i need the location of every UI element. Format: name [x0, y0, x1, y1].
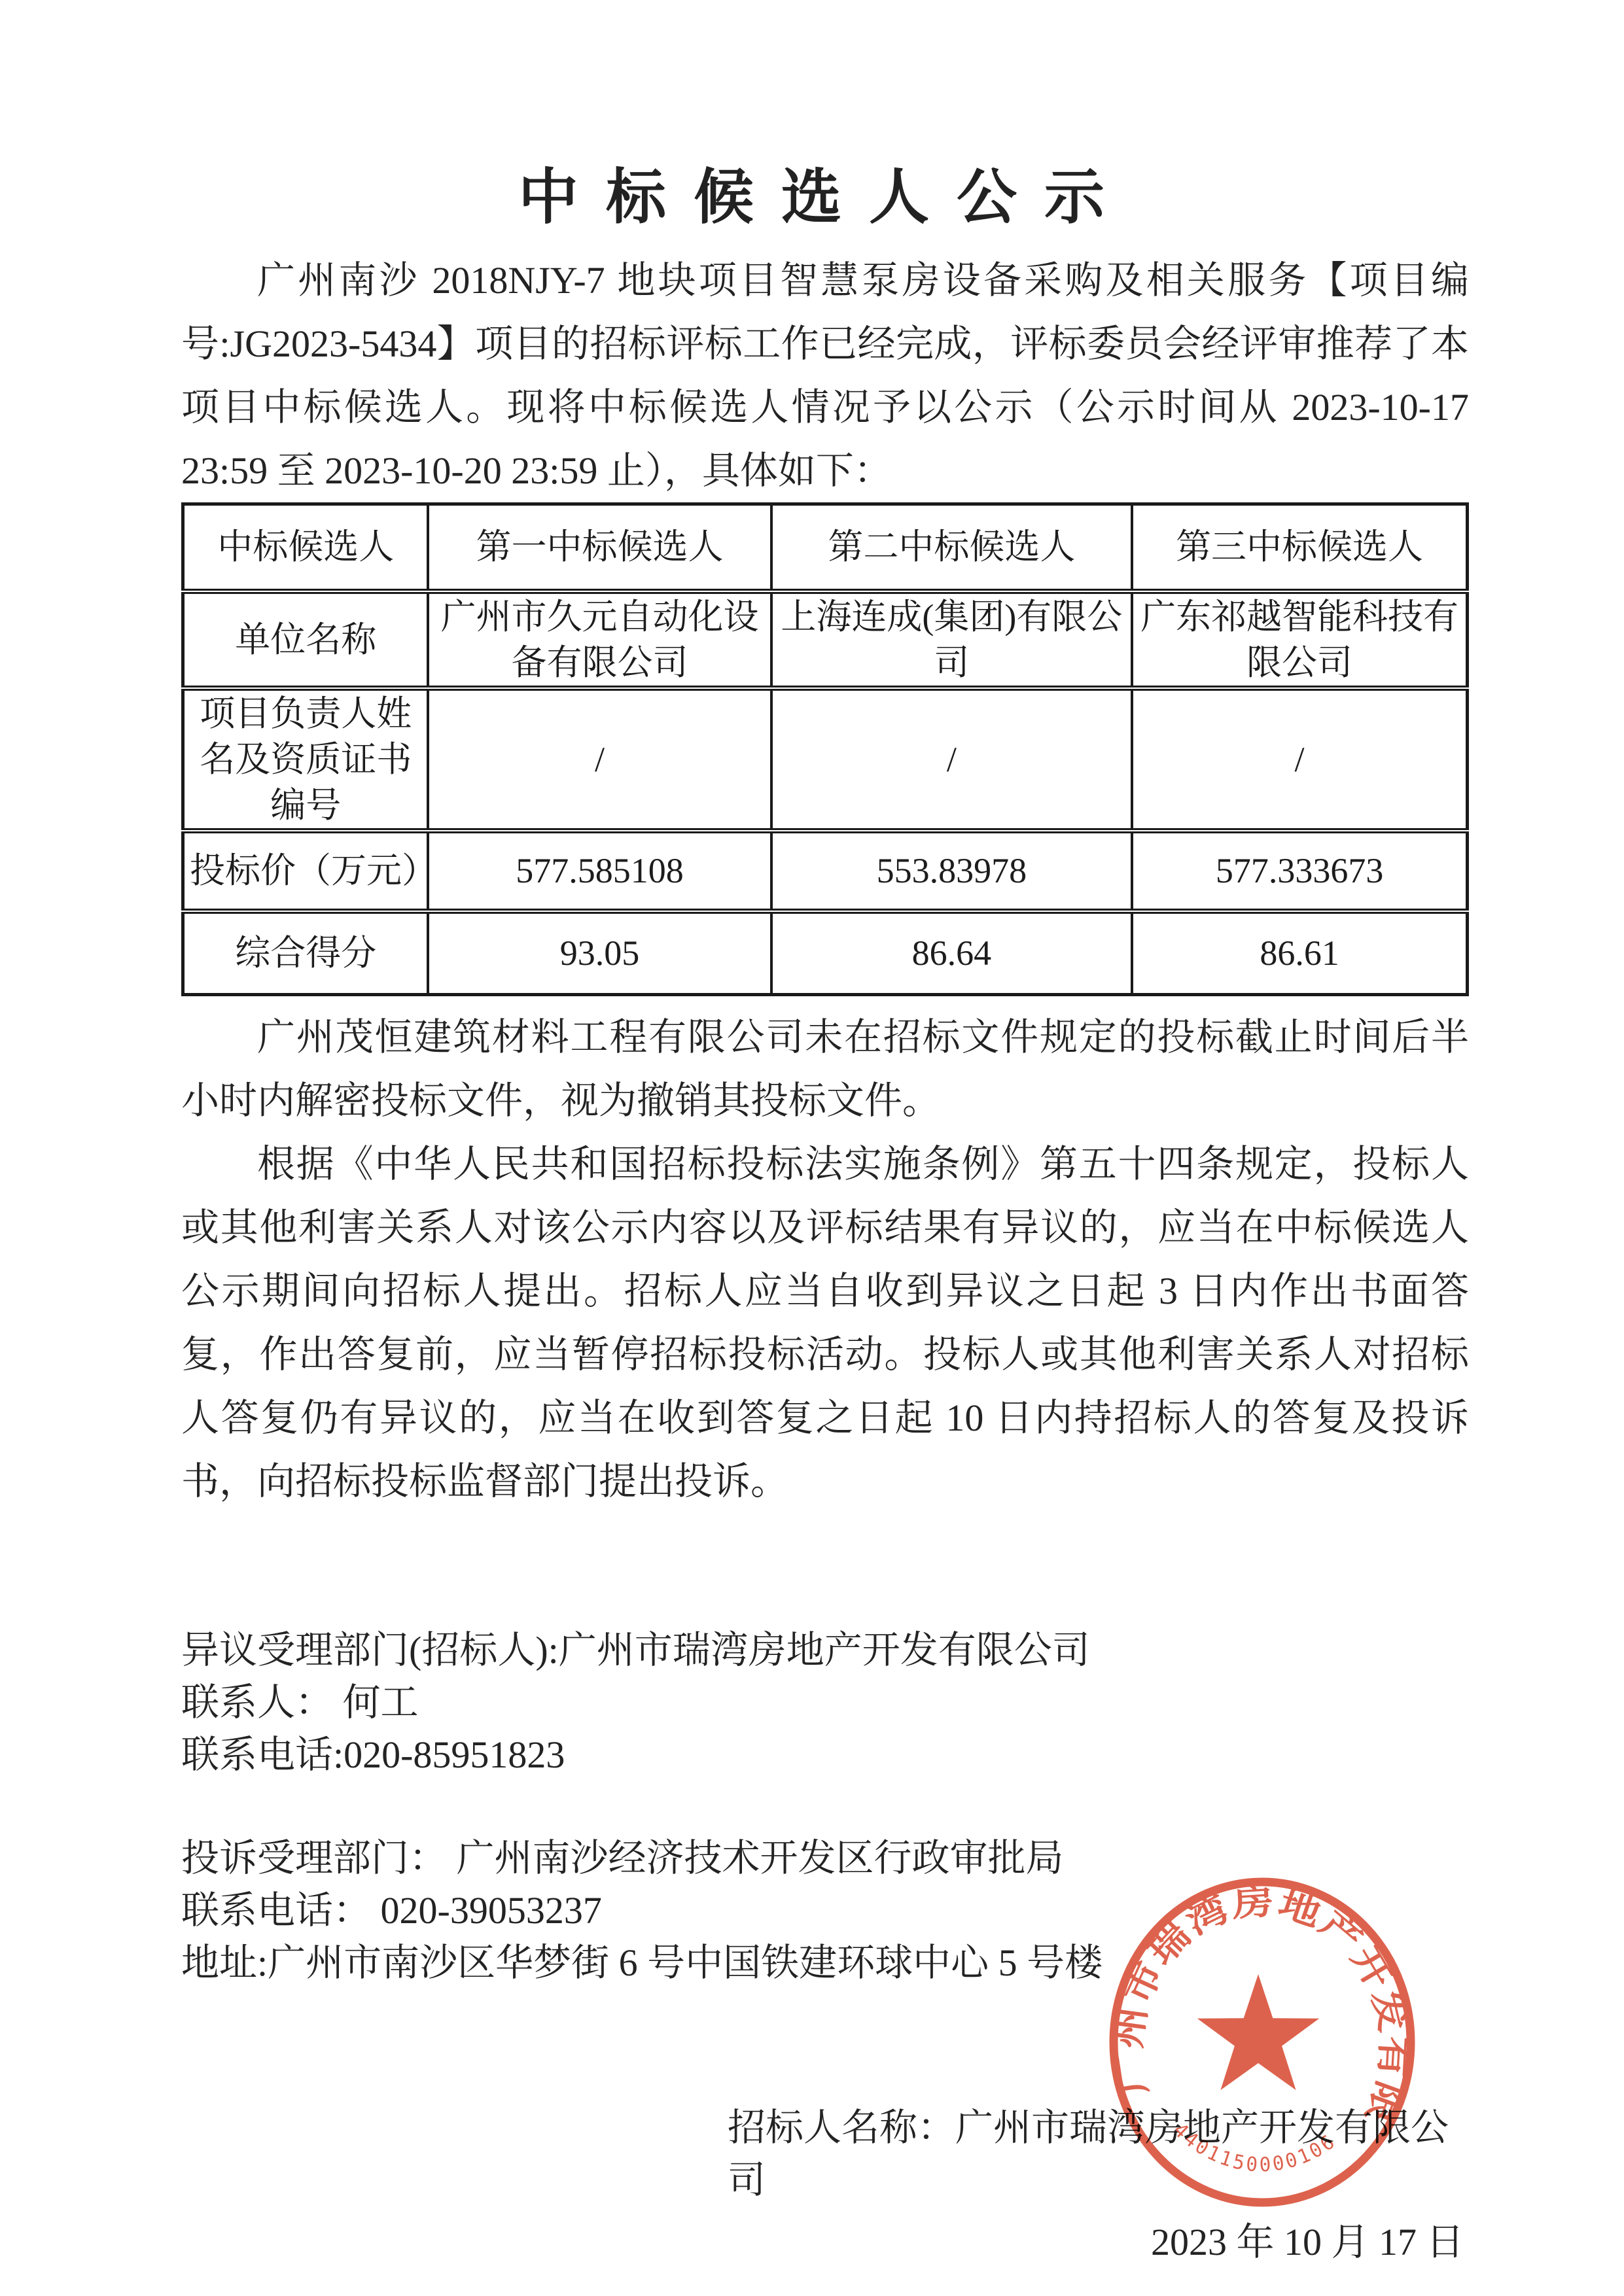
objection-dept-line: 异议受理部门(招标人):广州市瑞湾房地产开发有限公司: [181, 1624, 1469, 1677]
table-header-row: 中标候选人 第一中标候选人 第二中标候选人 第三中标候选人: [183, 504, 1468, 591]
row-label-cell: 投标价（万元）: [183, 831, 429, 911]
table-row: 投标价（万元） 577.585108 553.83978 577.333673: [183, 831, 1468, 911]
regulation-paragraph: 根据《中华人民共和国招标投标法实施条例》第五十四条规定，投标人或其他利害关系人对…: [181, 1132, 1469, 1513]
table-header-cell: 中标候选人: [183, 504, 429, 591]
table-cell: 577.585108: [428, 831, 771, 911]
table-cell: 553.83978: [771, 831, 1133, 911]
table-row: 综合得分 93.05 86.64 86.61: [183, 911, 1468, 995]
doc-title: 中标候选人公示: [181, 0, 1469, 233]
row-label-cell: 项目负责人姓名及资质证书编号: [183, 688, 429, 831]
table-cell: /: [1132, 688, 1467, 831]
table-row: 项目负责人姓名及资质证书编号 / / /: [183, 688, 1468, 831]
intro-paragraph: 广州南沙 2018NJY-7 地块项目智慧泵房设备采购及相关服务【项目编号:JG…: [181, 249, 1469, 502]
table-cell: 上海连成(集团)有限公司: [771, 591, 1133, 688]
note-paragraph: 广州茂恒建筑材料工程有限公司未在招标文件规定的投标截止时间后半小时内解密投标文件…: [181, 1005, 1469, 1132]
table-header-cell: 第二中标候选人: [771, 504, 1133, 591]
table-cell: 广州市久元自动化设备有限公司: [428, 591, 771, 688]
complaint-dept-line: 投诉受理部门： 广州南沙经济技术开发区行政审批局: [181, 1832, 1469, 1885]
contact-phone-line: 联系电话:020-85951823: [181, 1729, 1469, 1781]
candidates-table: 中标候选人 第一中标候选人 第二中标候选人 第三中标候选人 单位名称 广州市久元…: [181, 502, 1469, 996]
table-cell: 577.333673: [1132, 831, 1467, 911]
row-label-cell: 综合得分: [183, 911, 429, 995]
table-cell: /: [428, 688, 771, 831]
row-label-cell: 单位名称: [183, 591, 429, 688]
table-cell: 86.61: [1132, 911, 1467, 995]
table-cell: 广东祁越智能科技有限公司: [1132, 591, 1467, 688]
table-row: 单位名称 广州市久元自动化设备有限公司 上海连成(集团)有限公司 广东祁越智能科…: [183, 591, 1468, 688]
table-cell: 93.05: [428, 911, 771, 995]
table-header-cell: 第一中标候选人: [428, 504, 771, 591]
table-cell: /: [771, 688, 1133, 831]
contact-person-line: 联系人： 何工: [181, 1677, 1469, 1729]
complaint-phone-line: 联系电话： 020-39053237: [181, 1885, 1469, 1937]
table-header-cell: 第三中标候选人: [1132, 504, 1467, 591]
tenderer-name-line: 招标人名称：广州市瑞湾房地产开发有限公司: [181, 2102, 1469, 2206]
document-page: 中标候选人公示 广州南沙 2018NJY-7 地块项目智慧泵房设备采购及相关服务…: [181, 0, 1469, 2269]
table-cell: 86.64: [771, 911, 1133, 995]
contact-block: 异议受理部门(招标人):广州市瑞湾房地产开发有限公司 联系人： 何工 联系电话:…: [181, 1624, 1469, 1989]
address-line: 地址:广州市南沙区华梦街 6 号中国铁建环球中心 5 号楼: [181, 1937, 1469, 1989]
signature-date-line: 2023 年 10 月 17 日: [181, 2216, 1469, 2269]
